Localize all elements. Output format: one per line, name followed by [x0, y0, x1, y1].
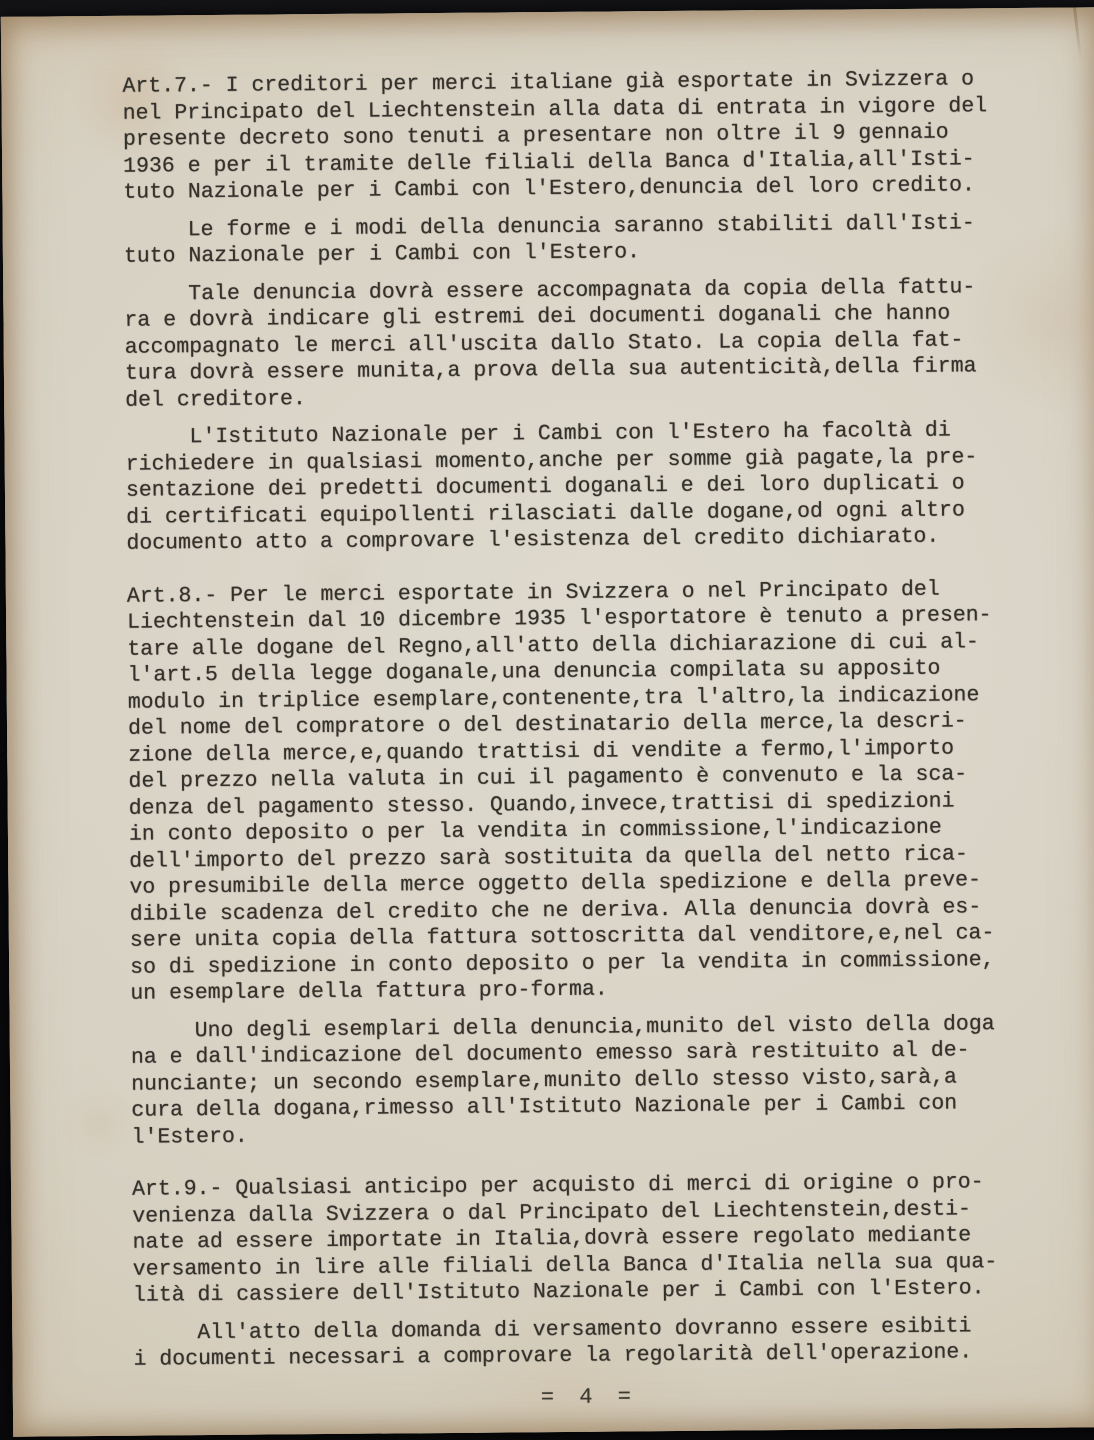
- page-text: Art.7.- I creditori per merci italiane g…: [122, 66, 1044, 1415]
- article-8: Art.8.- Per le merci esportate in Svizze…: [127, 575, 1041, 1007]
- page-number: = 4 =: [134, 1380, 1044, 1414]
- document-page: Art.7.- I creditori per merci italiane g…: [1, 7, 1094, 1437]
- article-7-paragraph-4: L'Istituto Nazionale per i Cambi con l'E…: [125, 417, 1036, 557]
- article-7-paragraph-3: Tale denuncia dovrà essere accompagnata …: [124, 273, 1035, 413]
- article-7-paragraph-2: Le forme e i modi della denuncia saranno…: [124, 209, 1034, 270]
- article-7: Art.7.- I creditori per merci italiane g…: [122, 66, 1033, 206]
- article-8-paragraph-2: Uno degli esemplari della denuncia,munit…: [131, 1010, 1042, 1150]
- article-9: Art.9.- Qualsiasi anticipo per acquisto …: [132, 1169, 1043, 1309]
- article-9-paragraph-2: All'atto della domanda di versamento dov…: [133, 1312, 1043, 1373]
